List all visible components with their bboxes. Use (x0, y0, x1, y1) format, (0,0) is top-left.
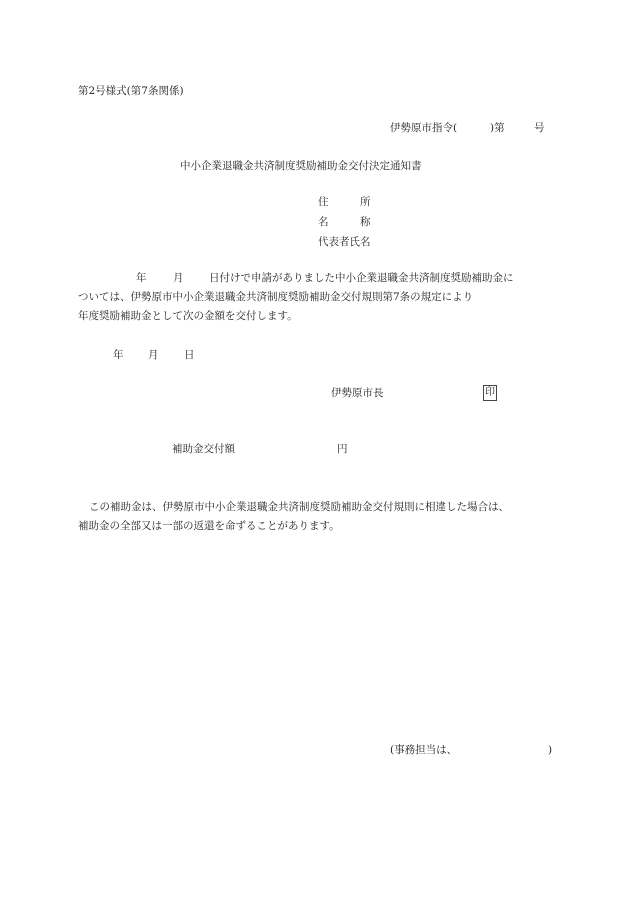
notice-line1: この補助金は、伊勢原市中小企業退職金共済制度奨励補助金交付規則に相違した場合は、 (89, 502, 509, 513)
body-month-label: 月 (173, 273, 184, 284)
body-line1: 日付けで申請がありました中小企業退職金共済制度奨励補助金に (209, 273, 514, 284)
seal-mark: 印 (483, 385, 497, 401)
amount-unit: 円 (337, 444, 348, 455)
date-day-label: 日 (184, 350, 195, 361)
form-number: 第2号様式(第7条関係) (78, 86, 184, 97)
reference-close: )第 (490, 123, 505, 134)
amount-label: 補助金交付額 (172, 444, 235, 455)
body-year-label: 年 (136, 273, 147, 284)
document-title: 中小企業退職金共済制度奨励補助金交付決定通知書 (180, 161, 422, 172)
address-label: 住 所 (318, 197, 371, 208)
reference-prefix: 伊勢原市指令( (390, 123, 457, 134)
body-line2: ついては、伊勢原市中小企業退職金共済制度奨励補助金交付規則第7条の規定により (78, 292, 473, 303)
contact-label: (事務担当は、 (390, 745, 457, 756)
date-year-label: 年 (113, 350, 124, 361)
contact-close: ) (548, 745, 552, 756)
name-label: 名 称 (318, 217, 371, 228)
reference-suffix: 号 (534, 123, 545, 134)
issuer-title: 伊勢原市長 (331, 388, 384, 399)
date-month-label: 月 (148, 350, 159, 361)
notice-line2: 補助金の全部又は一部の返還を命ずることがあります。 (78, 521, 340, 532)
body-line3: 年度奨励補助金として次の金額を交付します。 (78, 311, 298, 322)
representative-label: 代表者氏名 (318, 237, 371, 248)
